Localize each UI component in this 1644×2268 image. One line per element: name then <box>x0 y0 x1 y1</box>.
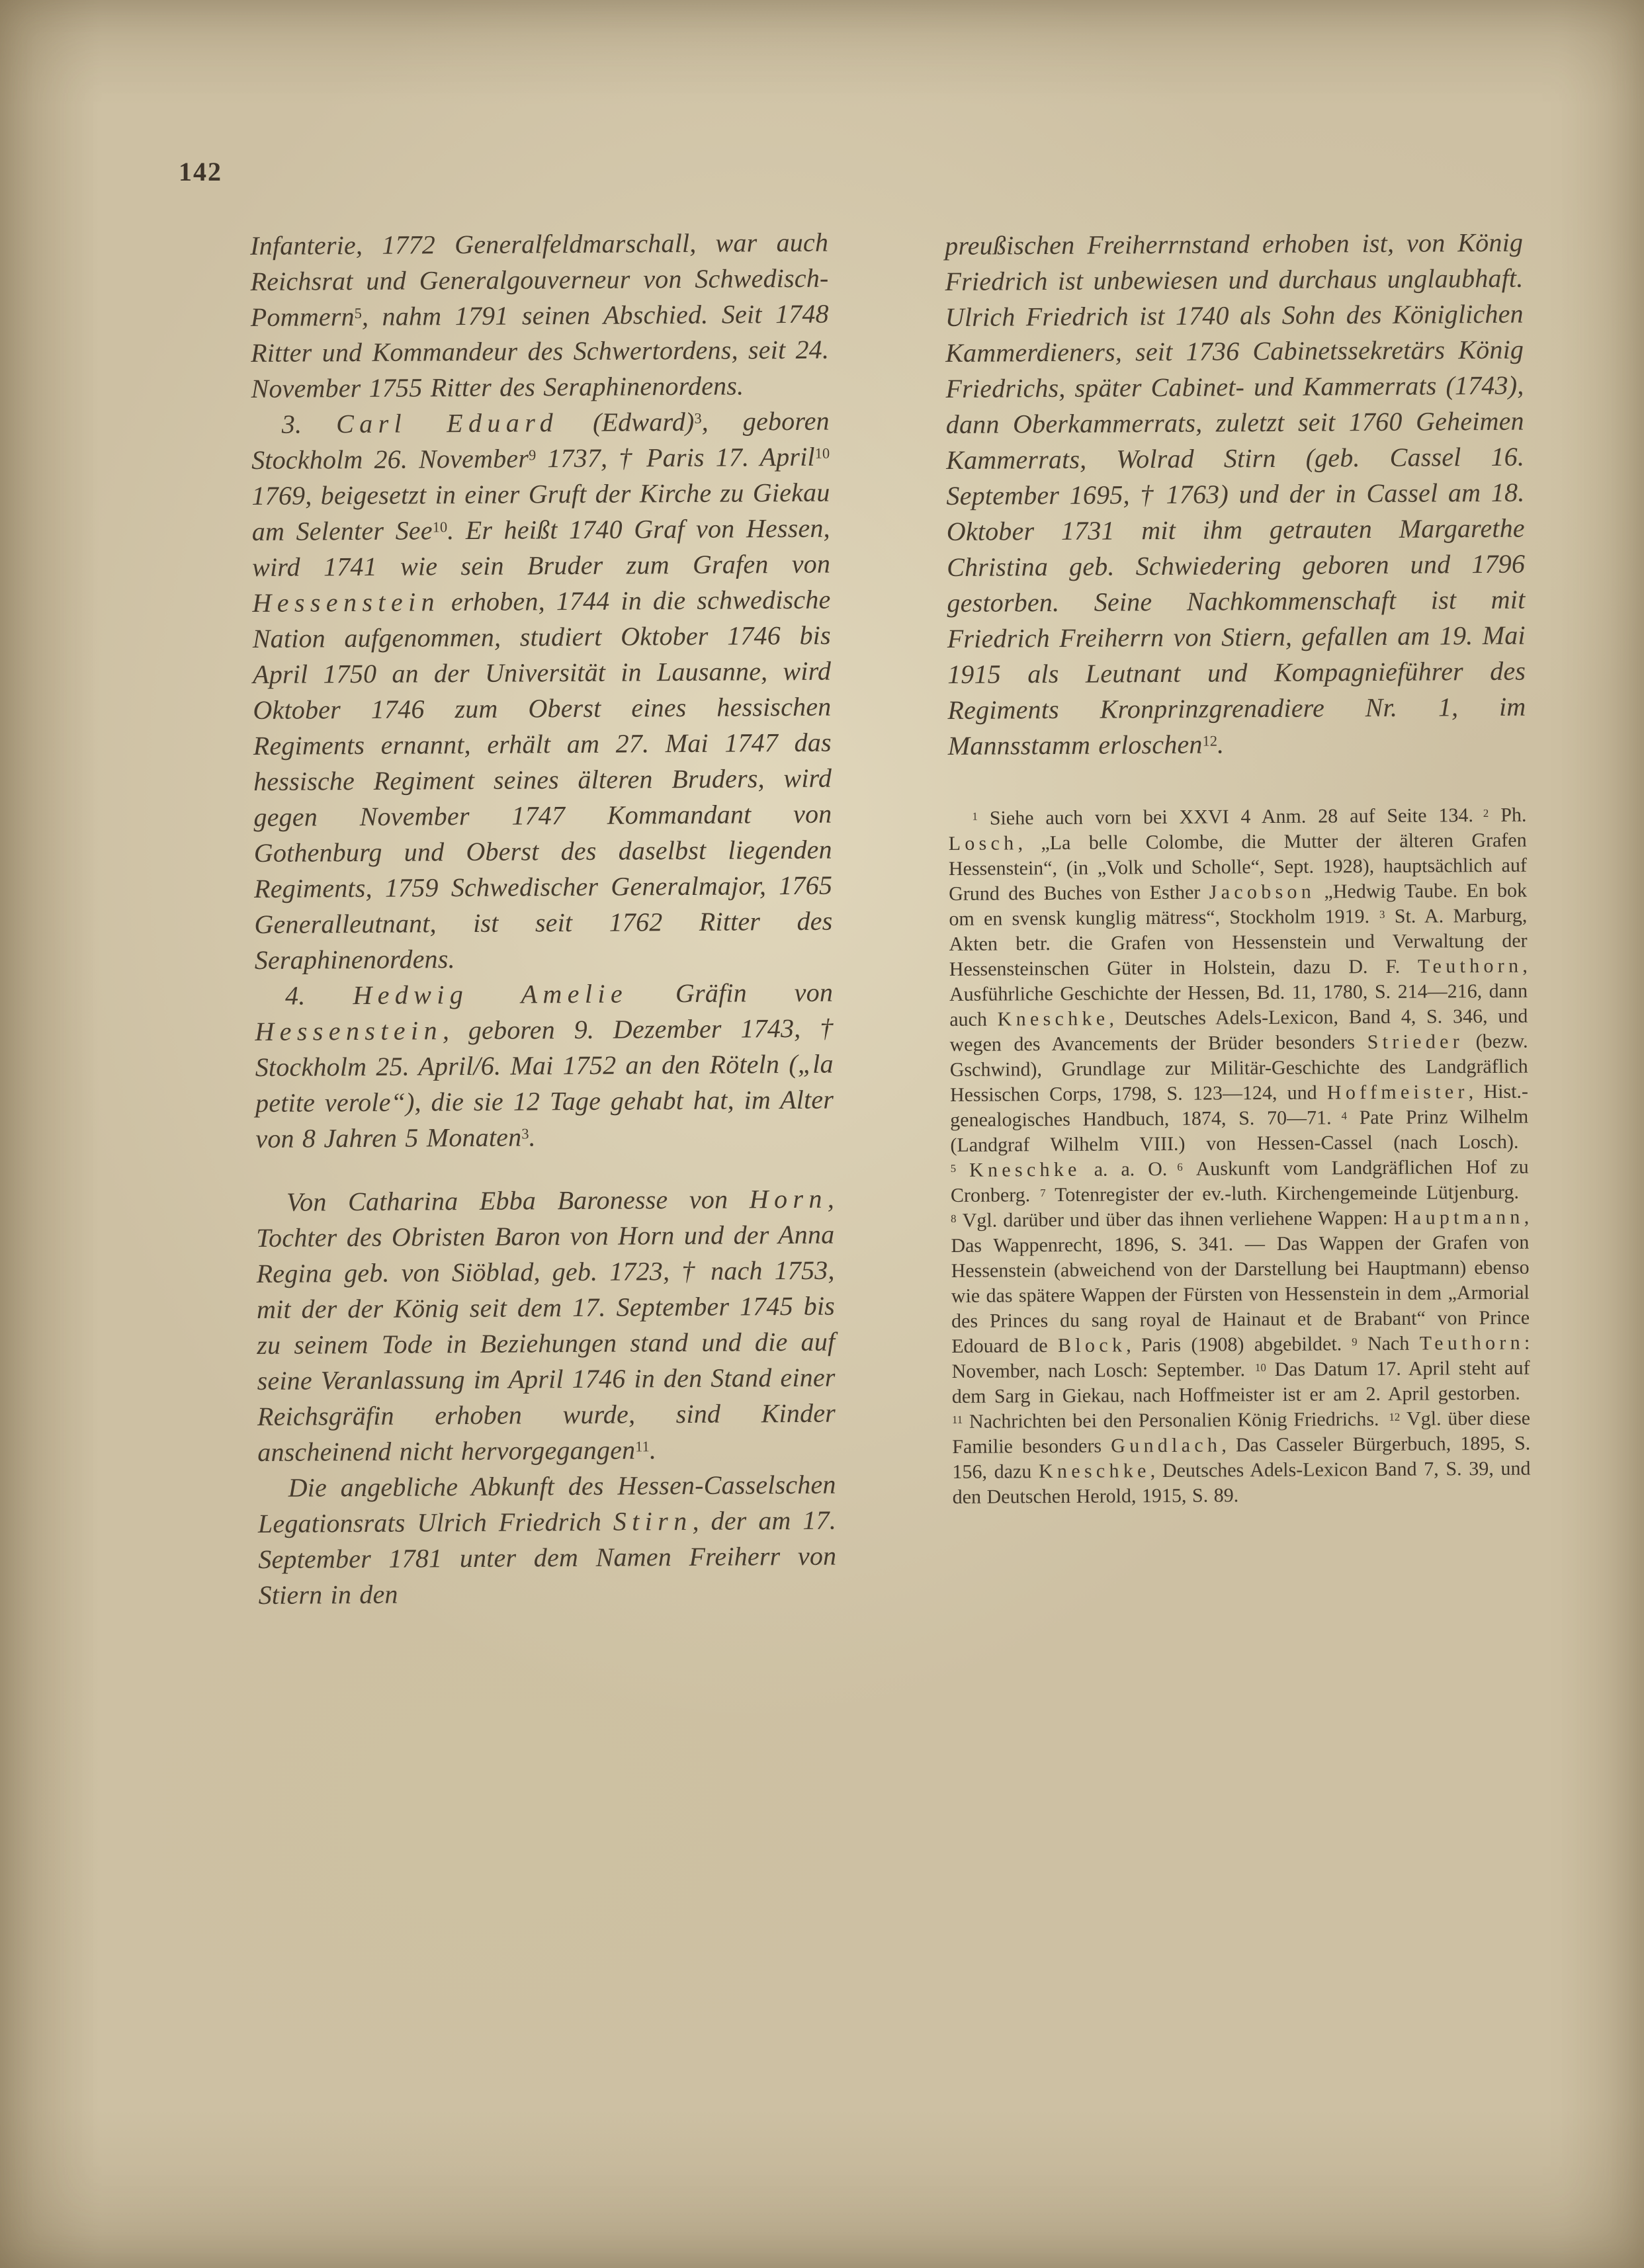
footnote-reference: 5 <box>355 305 362 321</box>
letterspaced-name: Hedwig Amelie <box>353 979 628 1011</box>
letterspaced-name: Carl Eduard <box>336 407 558 439</box>
footnote-reference: 3 <box>694 410 701 427</box>
footnote-number: 10 <box>1255 1361 1266 1374</box>
footnote-reference: 9 <box>529 447 536 464</box>
letterspaced-name: Teuthorn <box>1420 1332 1524 1355</box>
footnote-reference: 10 <box>815 445 830 462</box>
footnote-block: 1 Siehe auch vorn bei XXVI 4 Anm. 28 auf… <box>948 803 1530 1510</box>
footnote-reference: 12 <box>1203 733 1218 749</box>
letterspaced-name: Block <box>1058 1334 1126 1357</box>
letterspaced-name: Hessenstein <box>255 1015 443 1046</box>
paragraph: preußischen Freiherrnstand erhoben ist, … <box>945 225 1526 764</box>
right-column-text: preußischen Freiherrnstand erhoben ist, … <box>945 225 1526 764</box>
letterspaced-name: Stirn <box>613 1506 693 1536</box>
footnote-number: 3 <box>1379 908 1385 921</box>
letterspaced-name: Teuthorn <box>1418 955 1522 978</box>
letterspaced-name: Kneschke <box>998 1008 1109 1030</box>
footnote-number: 1 <box>972 810 978 823</box>
letterspaced-name: Horn <box>750 1184 828 1214</box>
page-number: 142 <box>179 156 222 187</box>
footnote-reference: 10 <box>433 519 448 535</box>
footnote-reference: 11 <box>635 1439 650 1455</box>
footnote-number: 9 <box>1352 1335 1358 1348</box>
footnote-number: 12 <box>1389 1411 1400 1423</box>
paragraph: 4. Hedwig Amelie Gräfin von Hessenstein,… <box>255 975 834 1157</box>
footnote-number: 6 <box>1177 1161 1183 1173</box>
footnote-number: 7 <box>1040 1187 1046 1199</box>
letterspaced-name: Hoffmeister <box>1327 1081 1469 1103</box>
letterspaced-name: Hessenstein <box>252 587 440 618</box>
paragraph: 3. Carl Eduard (Edward)3, geboren Stockh… <box>251 403 833 978</box>
paragraph: Die angebliche Abkunft des Hessen-Cassel… <box>257 1467 836 1613</box>
left-column: Infanterie, 1772 Generalfeldmarschall, w… <box>250 225 837 1613</box>
letterspaced-name: Strieder <box>1367 1030 1464 1053</box>
footnote-number: 5 <box>951 1162 957 1175</box>
footnote-number: 8 <box>951 1212 957 1225</box>
footnote-number: 2 <box>1483 807 1489 819</box>
book-page: 142 Infanterie, 1772 Generalfeldmarschal… <box>0 0 1644 2268</box>
footnotes-section: 1 Siehe auch vorn bei XXVI 4 Anm. 28 auf… <box>948 803 1530 1510</box>
footnote-reference: 3 <box>521 1126 529 1142</box>
footnote-number: 4 <box>1341 1109 1347 1122</box>
letterspaced-name: Losch <box>949 832 1018 855</box>
letterspaced-name: Hauptmann <box>1394 1206 1524 1229</box>
letterspaced-name: Kneschke <box>1039 1460 1150 1482</box>
footnote-number: 11 <box>952 1413 963 1426</box>
letterspaced-name: Kneschke <box>969 1159 1081 1181</box>
paragraph: Infanterie, 1772 Generalfeldmarschall, w… <box>250 225 830 407</box>
paragraph: Von Catharina Ebba Baronesse von Horn, T… <box>256 1181 836 1470</box>
letterspaced-name: Gundlach <box>1111 1434 1221 1456</box>
letterspaced-name: Jacobson <box>1209 881 1316 903</box>
right-column: preußischen Freiherrnstand erhoben ist, … <box>945 225 1531 1510</box>
